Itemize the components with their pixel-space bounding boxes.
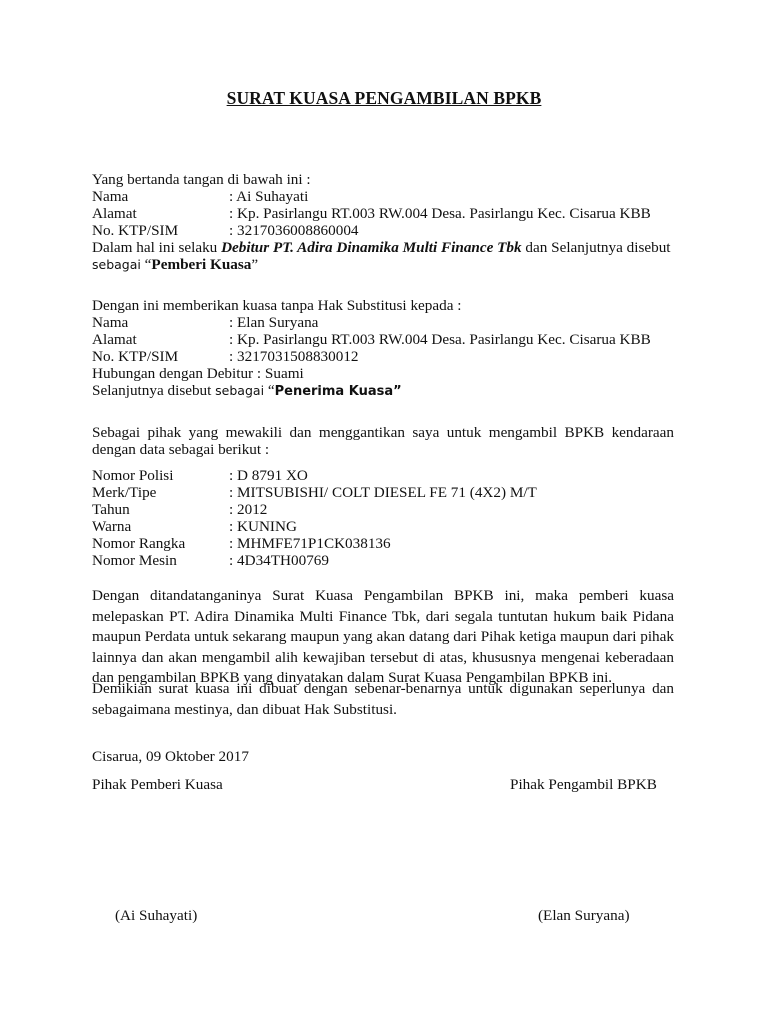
paragraph-line: maupun Perdata untuk sekarang maupun yan… [92,627,674,648]
open-quote: “ [264,382,275,399]
closing-paragraph: Demikian surat kuasa ini dibuat dengan s… [92,679,674,720]
field-value: : Ai Suhayati [229,188,308,205]
field-value: : 2012 [229,501,267,518]
field-label: Warna [92,519,229,535]
field-label: Nomor Mesin [92,553,229,569]
vehicle-row: Nomor Rangka: MHMFE71P1CK038136 [92,536,391,552]
penerima-field-row: Alamat: Kp. Pasirlangu RT.003 RW.004 Des… [92,332,651,348]
field-value: : D 8791 XO [229,467,308,484]
penerima-kuasa-label: Penerima Kuasa” [275,384,402,399]
pemberi-designation-line: sebagai “Pemberi Kuasa” [92,257,258,273]
field-label: Alamat [92,332,229,348]
document-title: SURAT KUASA PENGAMBILAN BPKB [0,88,768,109]
field-value: : 3217031508830012 [229,348,359,365]
paragraph-line: lainnya dan akan mengambil alih kewajiba… [92,648,674,669]
designation-sebagai: sebagai [215,383,264,398]
field-value: : 3217036008860004 [229,222,359,239]
field-value: : MITSUBISHI/ COLT DIESEL FE 71 (4X2) M/… [229,484,537,501]
paragraph-line: Sebagai pihak yang mewakili dan menggant… [92,424,674,441]
vehicle-row: Nomor Mesin: 4D34TH00769 [92,553,329,569]
release-paragraph: Dengan ditandatanganinya Surat Kuasa Pen… [92,586,674,689]
field-label: No. KTP/SIM [92,223,229,239]
signature-heading-left: Pihak Pemberi Kuasa [92,777,223,793]
field-value: : Kp. Pasirlangu RT.003 RW.004 Desa. Pas… [229,331,651,348]
paragraph-line: melepaskan PT. Adira Dinamika Multi Fina… [92,607,674,628]
penerima-field-row: Nama: Elan Suryana [92,315,318,331]
pemberi-role-line: Dalam hal ini selaku Debitur PT. Adira D… [92,240,671,256]
field-value: : Kp. Pasirlangu RT.003 RW.004 Desa. Pas… [229,205,651,222]
field-label: Nama [92,315,229,331]
field-label: No. KTP/SIM [92,349,229,365]
field-label: Nomor Rangka [92,536,229,552]
relationship-line: Hubungan dengan Debitur : Suami [92,366,304,382]
place-date: Cisarua, 09 Oktober 2017 [92,749,249,765]
penerima-field-row: No. KTP/SIM: 3217031508830012 [92,349,359,365]
paragraph-line: Dengan ditandatanganinya Surat Kuasa Pen… [92,586,674,607]
debitur-company: Debitur PT. Adira Dinamika Multi Finance… [221,239,522,256]
vehicle-row: Nomor Polisi: D 8791 XO [92,468,308,484]
pemberi-field-row: Nama: Ai Suhayati [92,189,308,205]
field-label: Nama [92,189,229,205]
paragraph-line: Demikian surat kuasa ini dibuat dengan s… [92,679,674,700]
field-value: : MHMFE71P1CK038136 [229,535,391,552]
paragraph-line: sebagaimana mestinya, dan dibuat Hak Sub… [92,700,674,721]
role-prefix: Dalam hal ini selaku [92,239,221,256]
designation-prefix: sebagai [92,257,141,272]
field-value: : KUNING [229,518,297,535]
field-label: Merk/Tipe [92,485,229,501]
vehicle-row: Warna: KUNING [92,519,297,535]
paragraph-line: dengan data sebagai berikut : [92,441,674,458]
field-label: Alamat [92,206,229,222]
close-quote: ” [251,256,258,273]
vehicle-row: Merk/Tipe: MITSUBISHI/ COLT DIESEL FE 71… [92,485,537,501]
intro-text: Yang bertanda tangan di bawah ini : [92,172,311,188]
signature-name-left: (Ai Suhayati) [115,908,197,924]
field-value: : Elan Suryana [229,314,318,331]
penerima-designation-line: Selanjutnya disebut sebagai “Penerima Ku… [92,383,402,400]
designation-prefix: Selanjutnya disebut [92,382,215,399]
field-label: Nomor Polisi [92,468,229,484]
vehicle-intro-paragraph: Sebagai pihak yang mewakili dan menggant… [92,424,674,458]
field-label: Tahun [92,502,229,518]
pemberi-field-row: No. KTP/SIM: 3217036008860004 [92,223,359,239]
vehicle-row: Tahun: 2012 [92,502,267,518]
signature-name-right: (Elan Suryana) [538,908,630,924]
role-suffix: dan Selanjutnya disebut [522,239,671,256]
open-quote: “ [141,256,152,273]
signature-heading-right: Pihak Pengambil BPKB [510,777,657,793]
document-page: SURAT KUASA PENGAMBILAN BPKB Yang bertan… [0,0,768,1024]
field-value: : 4D34TH00769 [229,552,329,569]
pemberi-field-row: Alamat: Kp. Pasirlangu RT.003 RW.004 Des… [92,206,651,222]
pemberi-kuasa-label: Pemberi Kuasa [151,256,251,273]
penerima-intro: Dengan ini memberikan kuasa tanpa Hak Su… [92,298,461,314]
